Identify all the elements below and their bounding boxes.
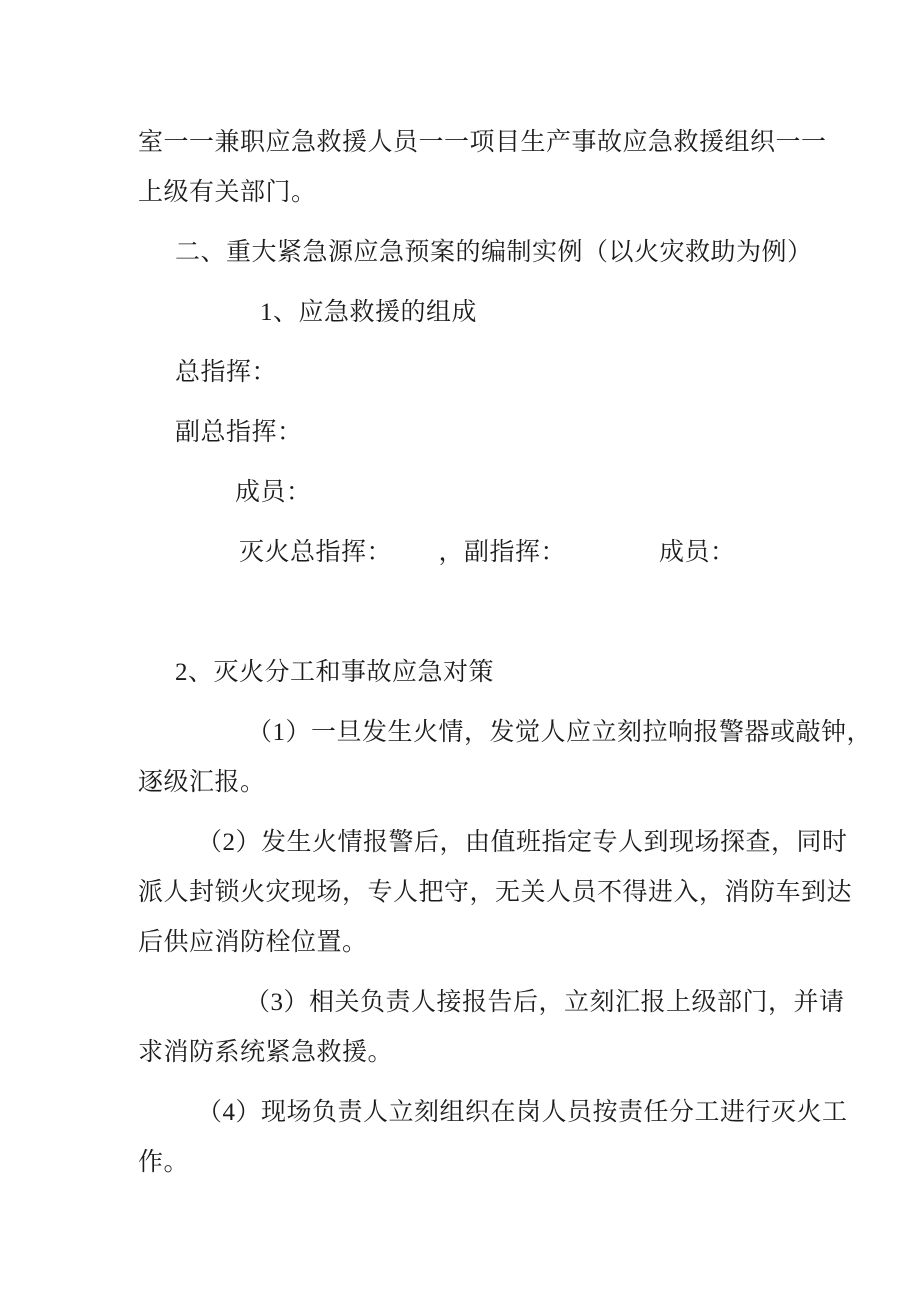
field-members: 成员： xyxy=(235,468,800,518)
item-2-line-3: 后供应消防栓位置。 xyxy=(138,918,800,968)
field-fire-commander-line: 灭火总指挥：，副指挥：成员： xyxy=(239,528,800,578)
item-3-line-2: 求消防系统紧急救援。 xyxy=(138,1028,800,1078)
section-heading-2: 二、重大紧急源应急预案的编制实例（以火灾救助为例） xyxy=(175,228,800,278)
item-2-line-2: 派人封锁火灾现场，专人把守，无关人员不得进入，消防车到达 xyxy=(138,868,800,918)
blank-line xyxy=(138,578,800,638)
body-line-rescue-org-chain-1: 室一一兼职应急救援人员一一项目生产事故应急救援组织一一 xyxy=(138,118,800,168)
item-2-line-1: （2）发生火情报警后，由值班指定专人到现场探查，同时 xyxy=(197,818,800,868)
subsection-heading-2: 2、灭火分工和事故应急对策 xyxy=(175,648,800,698)
field-deputy-chief-commander: 副总指挥： xyxy=(175,408,800,458)
deputy-commander-label: ，副指挥： xyxy=(439,539,567,566)
item-1-line-1: （1）一旦发生火情，发觉人应立刻拉响报警器或敲钟， xyxy=(247,708,800,758)
item-1-line-2: 逐级汇报。 xyxy=(138,758,800,808)
fire-commander-label: 灭火总指挥： xyxy=(239,539,380,566)
item-3-line-1: （3）相关负责人接报告后，立刻汇报上级部门，并请 xyxy=(245,978,800,1028)
field-chief-commander: 总指挥： xyxy=(175,348,800,398)
document-page: 室一一兼职应急救援人员一一项目生产事故应急救援组织一一 上级有关部门。 二、重大… xyxy=(0,0,920,1301)
subsection-heading-1: 1、应急救援的组成 xyxy=(260,288,800,338)
item-4-line-1: （4）现场负责人立刻组织在岗人员按责任分工进行灭火工 xyxy=(197,1088,800,1138)
document-content: 室一一兼职应急救援人员一一项目生产事故应急救援组织一一 上级有关部门。 二、重大… xyxy=(0,0,920,1188)
fire-members-label: 成员： xyxy=(659,539,736,566)
item-4-line-2: 作。 xyxy=(138,1138,800,1188)
body-line-rescue-org-chain-2: 上级有关部门。 xyxy=(138,168,800,218)
